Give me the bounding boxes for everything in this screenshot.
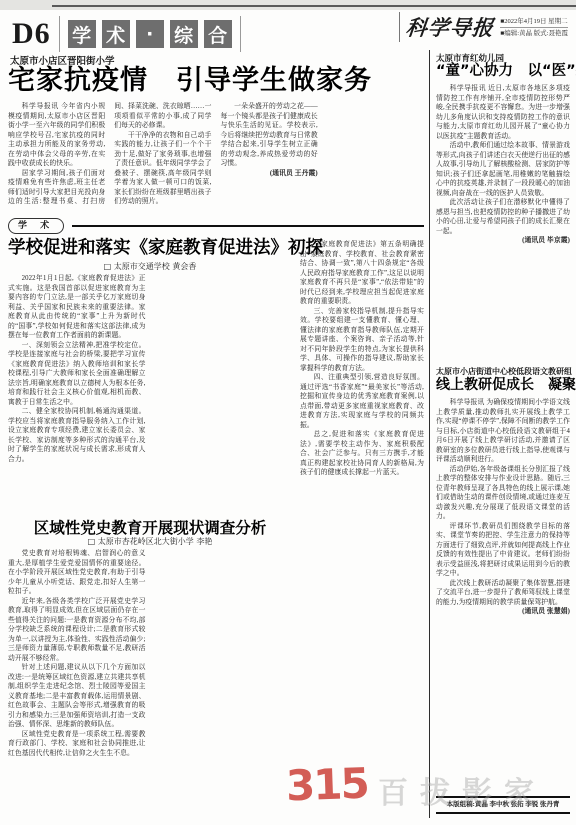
watermark-text: 百拔影家 xyxy=(378,768,546,812)
masthead-info: ■2022年4月19日 星期二 ■编辑:黄晶 版式:聂艳霞 xyxy=(500,16,568,39)
masthead-title: 科学导报 xyxy=(405,12,496,42)
article-a-credit: (通讯员 王丹霞) xyxy=(221,169,318,179)
article-a-body: 科学导报讯 今年省内小规模疫情期间,太原市小店区晋阳街小学一至六年级的同学们积极… xyxy=(8,102,424,214)
article-d-credit: (通讯员 毕京霞) xyxy=(436,236,570,246)
article-c-headline: 区域性党史教育开展现状调查分析 xyxy=(8,516,292,538)
article-b-body: 2022年1月1日起,《家庭教育促进法》正式实施。这是我国首部以促进家庭教育为主… xyxy=(8,274,292,510)
masthead: 科学导报 ■2022年4月19日 星期二 ■编辑:黄晶 版式:聂艳霞 xyxy=(399,12,568,42)
article-e-headline: 线上教研促成长 凝聚智慧提质量 xyxy=(436,377,570,393)
masthead-bar xyxy=(399,12,400,42)
article-d-body: 科学导报讯 近日,太原市各地区多项疫情防控工作有序铺开,全市疫情防控形势严峻,全… xyxy=(436,84,570,334)
header-separator xyxy=(240,16,241,52)
edition-number: D6 xyxy=(12,16,51,52)
article-b-continuation: 《家庭教育促进法》第五条明确提出“家庭教育、学校教育、社会教育紧密结合、协调一致… xyxy=(300,240,424,818)
header-separator xyxy=(59,16,60,52)
article-e-kicker: 太原市小店街道中心校低段语文教研组 xyxy=(436,366,572,377)
right-region: 太原市育红幼儿园 “童”心协力 以“医”抗疫 科学导报讯 近日,太原市各地区多项… xyxy=(436,50,570,820)
editor-line: ■编辑:黄晶 版式:聂艳霞 xyxy=(500,28,568,39)
article-b-byline: □ 太原市交通学校 黄会香 xyxy=(8,261,292,272)
section-title-boxes: 学 术 · 综 合 xyxy=(68,20,232,48)
section-char: · xyxy=(136,20,164,48)
watermark-315: 315 xyxy=(285,759,368,811)
article-a-headline: 宅家抗疫情 引导学生做家务 xyxy=(8,65,424,97)
section-char: 综 xyxy=(170,20,198,48)
section-char: 合 xyxy=(204,20,232,48)
page-top-strip xyxy=(0,0,576,10)
section-char: 术 xyxy=(102,20,130,48)
section-tag: 学 术 xyxy=(8,218,64,234)
article-d-headline: “童”心协力 以“医”抗疫 xyxy=(436,63,570,80)
article-e-credit: (通讯员 张慧娟) xyxy=(436,607,570,617)
section-tag-row: 学 术 xyxy=(8,218,424,234)
newspaper-page: D6 学 术 · 综 合 科学导报 ■2022年4月19日 星期二 ■编辑:黄晶… xyxy=(0,0,576,825)
date-line: ■2022年4月19日 星期二 xyxy=(500,16,568,28)
article-c-byline: □ 太原市杏花岭区北大街小学 李艳 xyxy=(8,536,292,547)
article-c-body: 党史教育对培根铸魂、启智润心的意义重大,是厚植学生爱党爱国情怀的重要途径。在小学… xyxy=(8,549,292,819)
left-region: 太原市小店区晋阳街小学 宅家抗疫情 引导学生做家务 科学导报讯 今年省内小规模疫… xyxy=(8,50,424,820)
page-top-rule xyxy=(52,5,576,7)
article-b-headline: 学校促进和落实《家庭教育促进法》初探 xyxy=(8,238,292,258)
section-tag-rule xyxy=(72,225,424,227)
column-divider xyxy=(429,50,430,818)
article-e-body: 科学导报讯 为确保疫情期间小学语文线上教学质量,推动教师扎实开展线上教学工作,实… xyxy=(436,398,570,790)
section-char: 学 xyxy=(68,20,96,48)
footer-rule-bottom xyxy=(436,812,570,814)
